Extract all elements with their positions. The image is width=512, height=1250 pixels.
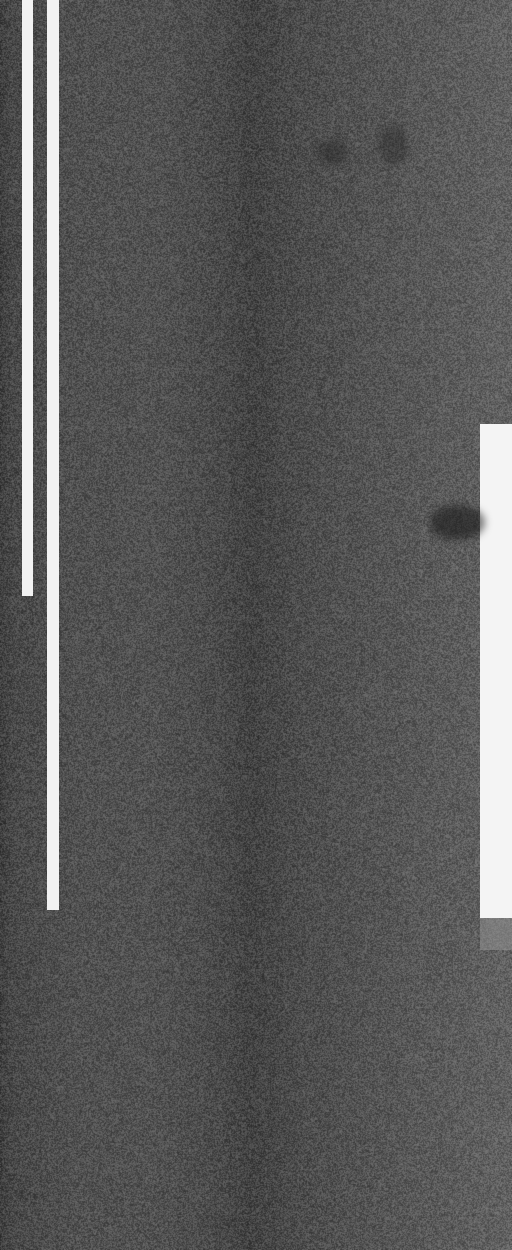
oil-stain — [430, 505, 485, 540]
oil-stain — [378, 125, 408, 165]
edge-marking — [480, 424, 512, 918]
lane-line-center — [47, 0, 59, 910]
lane-line-left — [22, 0, 33, 596]
worn-marking-patch — [480, 918, 512, 950]
road-surface-photo — [0, 0, 512, 1250]
oil-stain — [318, 140, 348, 165]
asphalt-texture — [0, 0, 512, 1250]
